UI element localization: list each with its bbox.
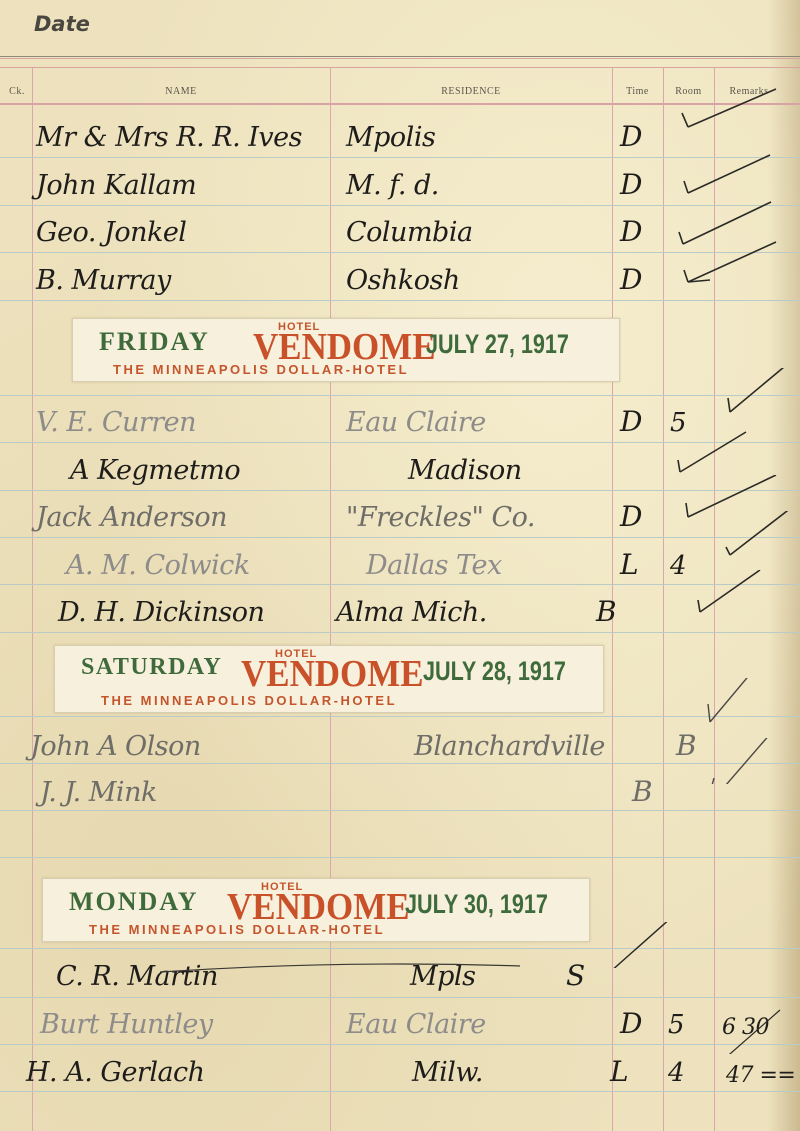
guest-residence: Dallas Tex	[366, 550, 502, 581]
guest-time: D	[620, 120, 642, 153]
date-label: Date	[34, 12, 90, 36]
guest-residence: Blanchardville	[414, 731, 605, 762]
guest-time: D	[620, 215, 642, 248]
guest-residence: Madison	[408, 455, 522, 486]
banner-day: SATURDAY	[81, 654, 222, 681]
guest-residence: Eau Claire	[346, 1009, 486, 1040]
guest-residence: Columbia	[346, 217, 473, 248]
ruled-line	[0, 948, 800, 949]
guest-name: A Kegmetmo	[70, 455, 240, 486]
guest-name: John A Olson	[30, 731, 201, 762]
ruled-line	[0, 857, 800, 858]
ruled-line	[0, 1044, 800, 1045]
guest-time: L	[610, 1055, 628, 1088]
checkmark-icon	[700, 1008, 800, 1054]
column-header-time: Time	[612, 86, 663, 97]
date-banner-monday: MONDAY HOTEL VENDOME JULY 30, 1917 THE M…	[42, 878, 590, 942]
banner-date: JULY 27, 1917	[426, 329, 569, 360]
ruled-line	[0, 395, 800, 396]
ruled-line	[0, 537, 800, 538]
guest-residence: M. f. d.	[346, 170, 439, 201]
guest-name: John Kallam	[36, 170, 196, 201]
ruled-line	[0, 997, 800, 998]
guest-name: Mr & Mrs R. R. Ives	[36, 122, 302, 153]
guest-time: L	[620, 548, 638, 581]
checkmark-icon	[720, 511, 800, 557]
guest-name: D. H. Dickinson	[58, 597, 264, 628]
checkmark-icon	[694, 570, 794, 616]
register-entry: D. H. Dickinson Alma Mich. B	[0, 588, 800, 632]
guest-time: D	[620, 1007, 642, 1040]
column-header-name: NAME	[32, 86, 330, 97]
register-entry: Burt Huntley Eau Claire D 5 6 30	[0, 1000, 800, 1044]
guest-residence: Eau Claire	[346, 407, 486, 438]
guest-residence: Milw.	[412, 1057, 483, 1088]
register-entry: A. M. Colwick Dallas Tex L 4	[0, 541, 800, 585]
guest-time: B	[676, 729, 696, 762]
checkmark-icon	[580, 922, 680, 968]
column-header-ck: Ck.	[6, 86, 28, 97]
header-rule-top	[0, 56, 800, 57]
banner-brand: VENDOME	[241, 656, 424, 692]
checkmark-icon	[700, 738, 800, 784]
guest-name: Jack Anderson	[36, 502, 227, 533]
guest-name: J. J. Mink	[40, 777, 157, 808]
ruled-line	[0, 632, 800, 633]
date-banner-friday: FRIDAY HOTEL VENDOME JULY 27, 1917 THE M…	[72, 318, 620, 382]
guest-room: 4	[670, 551, 686, 581]
checkmark-icon	[680, 240, 780, 286]
guest-name: B. Murray	[36, 265, 171, 296]
guest-time: D	[620, 263, 642, 296]
register-entry: John Kallam M. f. d. D	[0, 161, 800, 205]
banner-date: JULY 28, 1917	[423, 656, 566, 687]
ruled-line	[0, 300, 800, 301]
banner-tagline: THE MINNEAPOLIS DOLLAR-HOTEL	[101, 693, 397, 708]
guest-remarks: 47 ==	[726, 1063, 795, 1088]
guest-time: B	[632, 775, 652, 808]
guest-name: Geo. Jonkel	[36, 217, 186, 248]
guest-name: Burt Huntley	[40, 1009, 213, 1040]
guest-name: H. A. Gerlach	[26, 1057, 205, 1088]
guest-residence: Mpolis	[346, 122, 435, 153]
banner-brand: VENDOME	[227, 889, 410, 925]
header-rule-red	[0, 58, 800, 59]
checkmark-icon	[680, 151, 780, 197]
register-entry: C. R. Martin Mpls S	[0, 952, 800, 996]
register-entry: B. Murray Oshkosh D	[0, 256, 800, 300]
guest-name: A. M. Colwick	[66, 550, 250, 581]
banner-date: JULY 30, 1917	[405, 889, 548, 920]
guest-time: B	[596, 595, 616, 628]
banner-tagline: THE MINNEAPOLIS DOLLAR-HOTEL	[113, 362, 409, 377]
guest-name: V. E. Curren	[36, 407, 196, 438]
guest-residence: "Freckles" Co.	[346, 502, 535, 533]
register-entry: John A Olson Blanchardville B	[0, 722, 800, 766]
guest-residence: Oshkosh	[346, 265, 460, 296]
guest-time: D	[620, 500, 642, 533]
banner-day: MONDAY	[69, 887, 198, 917]
checkmark-icon	[720, 368, 800, 414]
banner-day: FRIDAY	[99, 327, 210, 357]
guest-time: D	[620, 168, 642, 201]
guest-room: 5	[668, 1010, 684, 1040]
header-rule-2	[0, 67, 800, 68]
guest-room: 4	[668, 1058, 684, 1088]
banner-brand: VENDOME	[253, 329, 436, 365]
register-entry: H. A. Gerlach Milw. L 4 47 ==	[0, 1048, 800, 1092]
checkmark-icon	[672, 430, 772, 476]
guest-residence: Alma Mich.	[336, 597, 487, 628]
checkmark-icon	[700, 678, 800, 724]
register-entry: J. J. Mink B	[0, 768, 800, 812]
strike-line	[160, 958, 520, 978]
hotel-register-page: Date Ck. NAME RESIDENCE Time Room Remark…	[0, 0, 800, 1131]
date-banner-saturday: SATURDAY HOTEL VENDOME JULY 28, 1917 THE…	[54, 645, 604, 713]
column-header-residence: RESIDENCE	[330, 86, 612, 97]
checkmark-icon	[680, 85, 780, 131]
ruled-line	[0, 716, 800, 717]
guest-time: D	[620, 405, 642, 438]
banner-tagline: THE MINNEAPOLIS DOLLAR-HOTEL	[89, 922, 385, 937]
register-entry: Jack Anderson "Freckles" Co. D	[0, 493, 800, 537]
